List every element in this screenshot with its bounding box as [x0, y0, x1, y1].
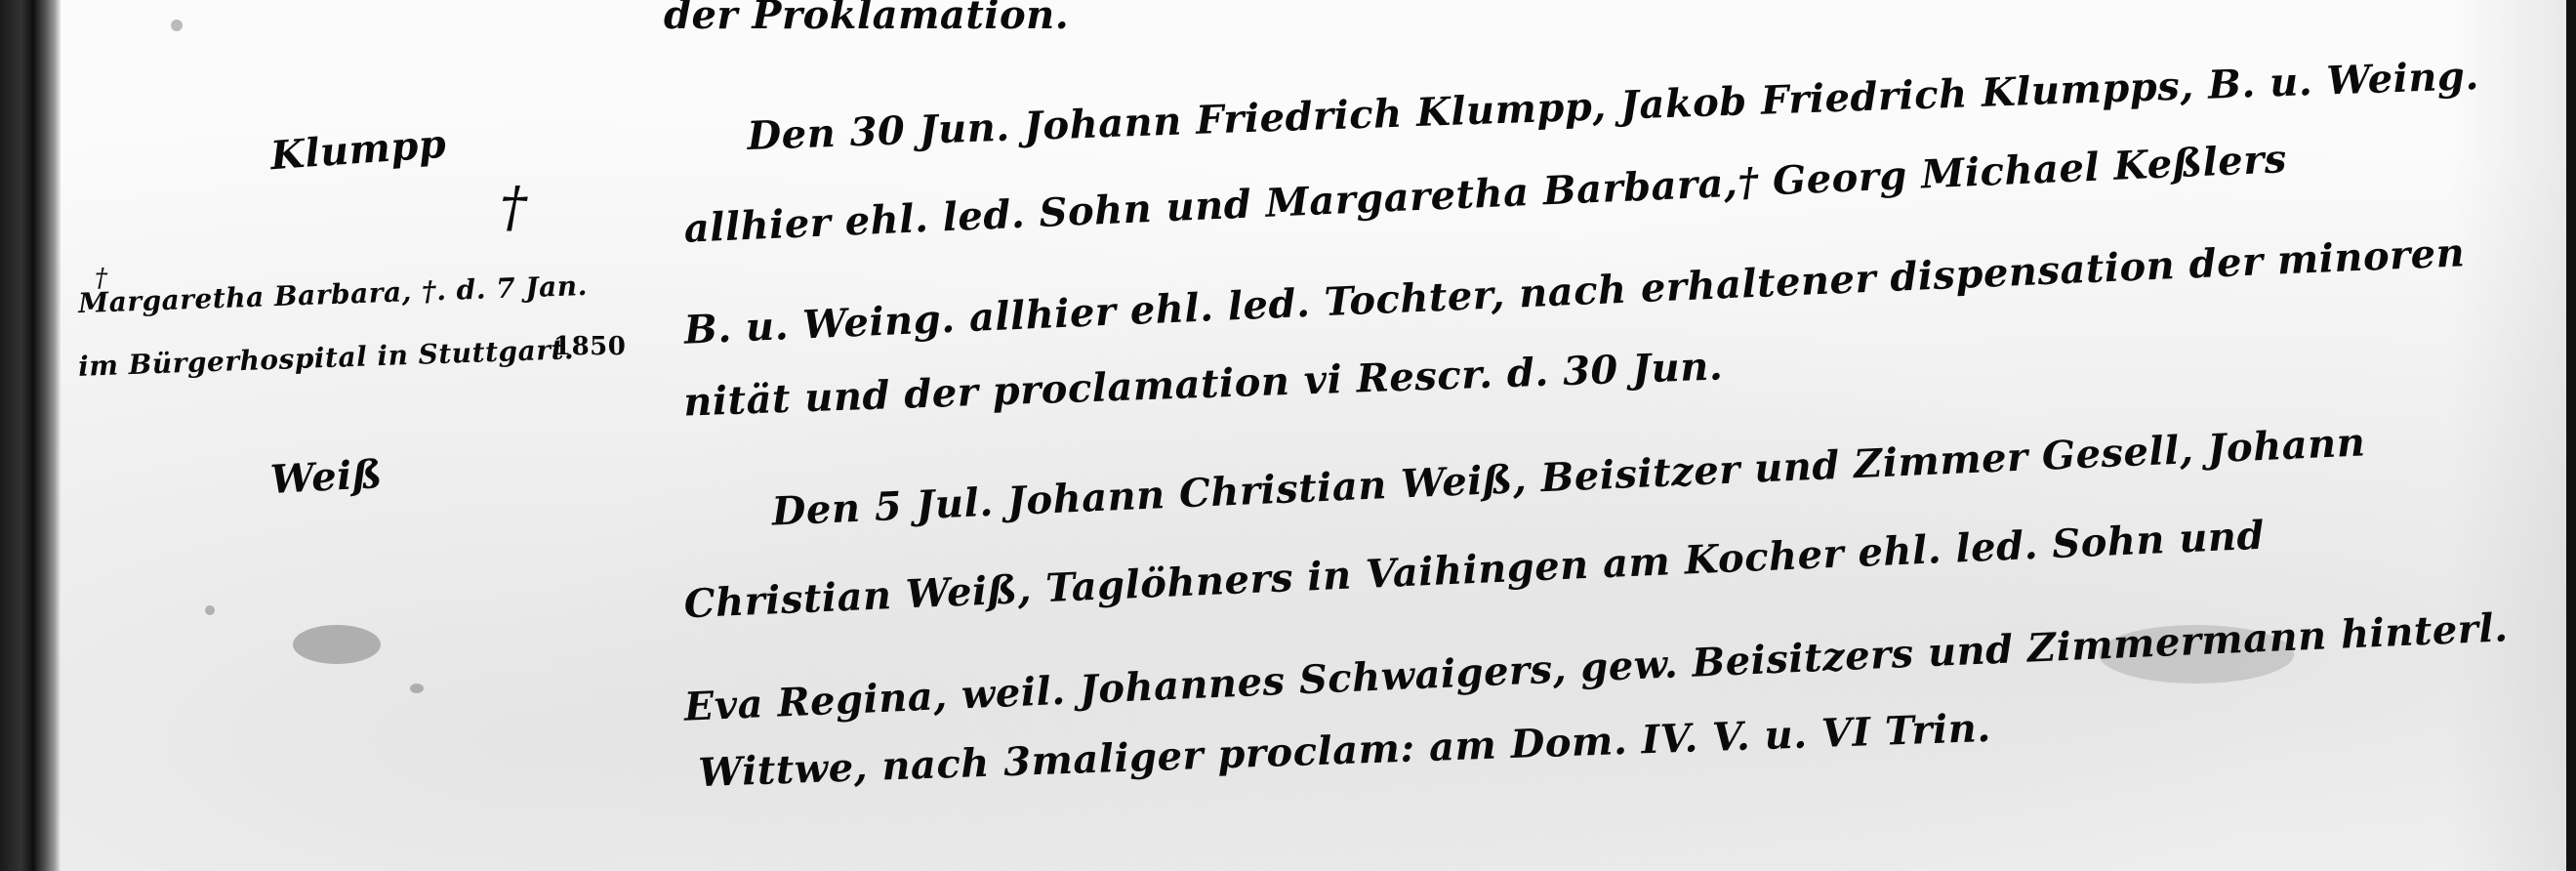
- entry2-line2: Christian Weiß, Taglöhners in Vaihingen …: [683, 513, 2266, 628]
- entry1-line4: nität und der proclamation vi Rescr. d. …: [683, 343, 1724, 425]
- previous-entry-tail: der Proklamation.: [664, 0, 1069, 38]
- margin-surname-entry1: Klumpp: [269, 121, 448, 179]
- book-binding-edge: [0, 0, 61, 871]
- entry1-line3: B. u. Weing. allhier ehl. led. Tochter, …: [683, 229, 2466, 353]
- margin-column: Klumpp † † Margaretha Barbara, †. d. 7 J…: [61, 0, 646, 871]
- death-cross-icon: †: [500, 176, 528, 239]
- entry2-line3: Eva Regina, weil. Johannes Schwaigers, g…: [683, 604, 2510, 730]
- margin-surname-entry2: Weiß: [269, 451, 384, 503]
- right-page-edge: [2566, 0, 2576, 871]
- margin-death-year: 1850: [553, 332, 626, 361]
- entry1-line2: allhier ehl. led. Sohn und Margaretha Ba…: [683, 136, 2288, 252]
- margin-death-note-line1: Margaretha Barbara, †. d. 7 Jan.: [78, 270, 589, 319]
- register-entries: der Proklamation. Den 30 Jun. Johann Fri…: [664, 0, 2557, 871]
- margin-death-note-line2: im Bürgerhospital in Stuttgart.: [78, 333, 575, 383]
